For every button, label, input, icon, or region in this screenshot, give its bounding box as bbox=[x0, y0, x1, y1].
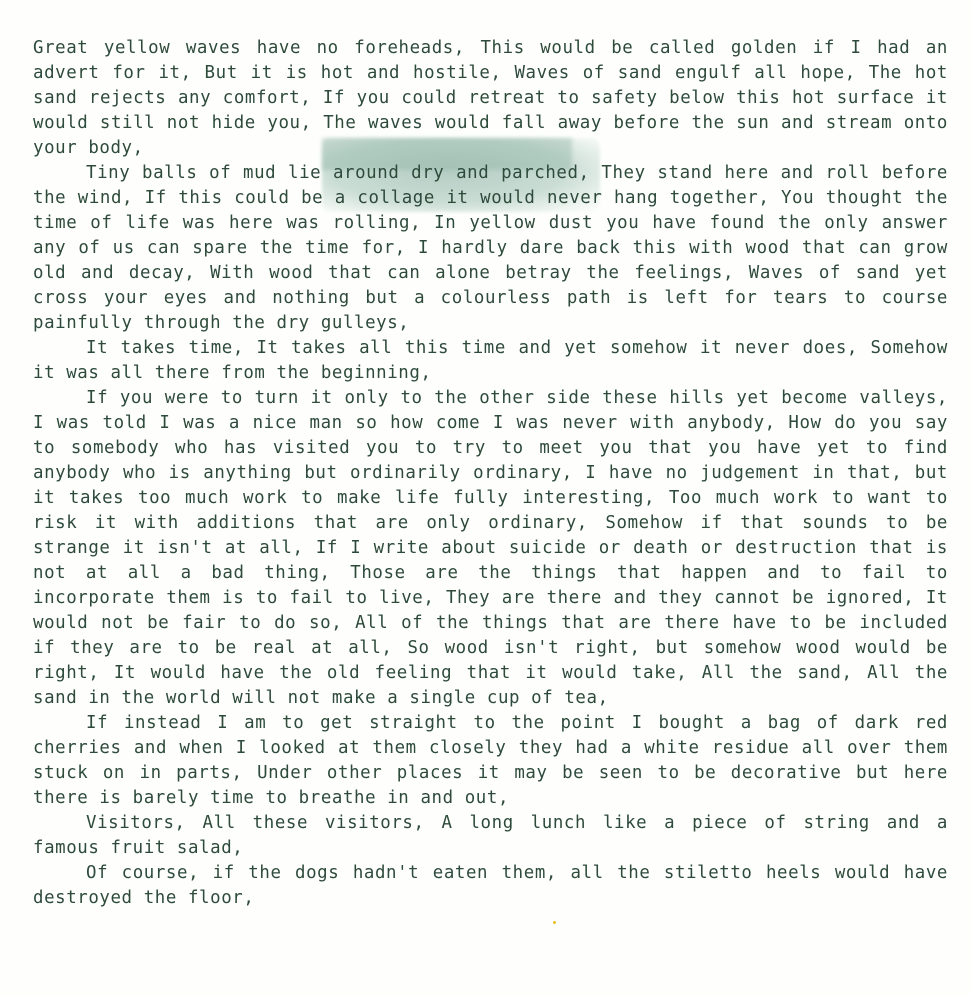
paragraph-6: Visitors, All these visitors, A long lun… bbox=[33, 811, 948, 861]
typewritten-text: Great yellow waves have no foreheads, Th… bbox=[33, 36, 948, 911]
paragraph-1: Great yellow waves have no foreheads, Th… bbox=[33, 36, 948, 161]
ink-speck bbox=[553, 921, 556, 924]
paragraph-7: Of course, if the dogs hadn't eaten them… bbox=[33, 861, 948, 911]
paragraph-4: If you were to turn it only to the other… bbox=[33, 386, 948, 711]
scanned-page: Great yellow waves have no foreheads, Th… bbox=[0, 0, 971, 996]
paragraph-3: It takes time, It takes all this time an… bbox=[33, 336, 948, 386]
paragraph-2: Tiny balls of mud lie around dry and par… bbox=[33, 161, 948, 336]
paragraph-5: If instead I am to get straight to the p… bbox=[33, 711, 948, 811]
